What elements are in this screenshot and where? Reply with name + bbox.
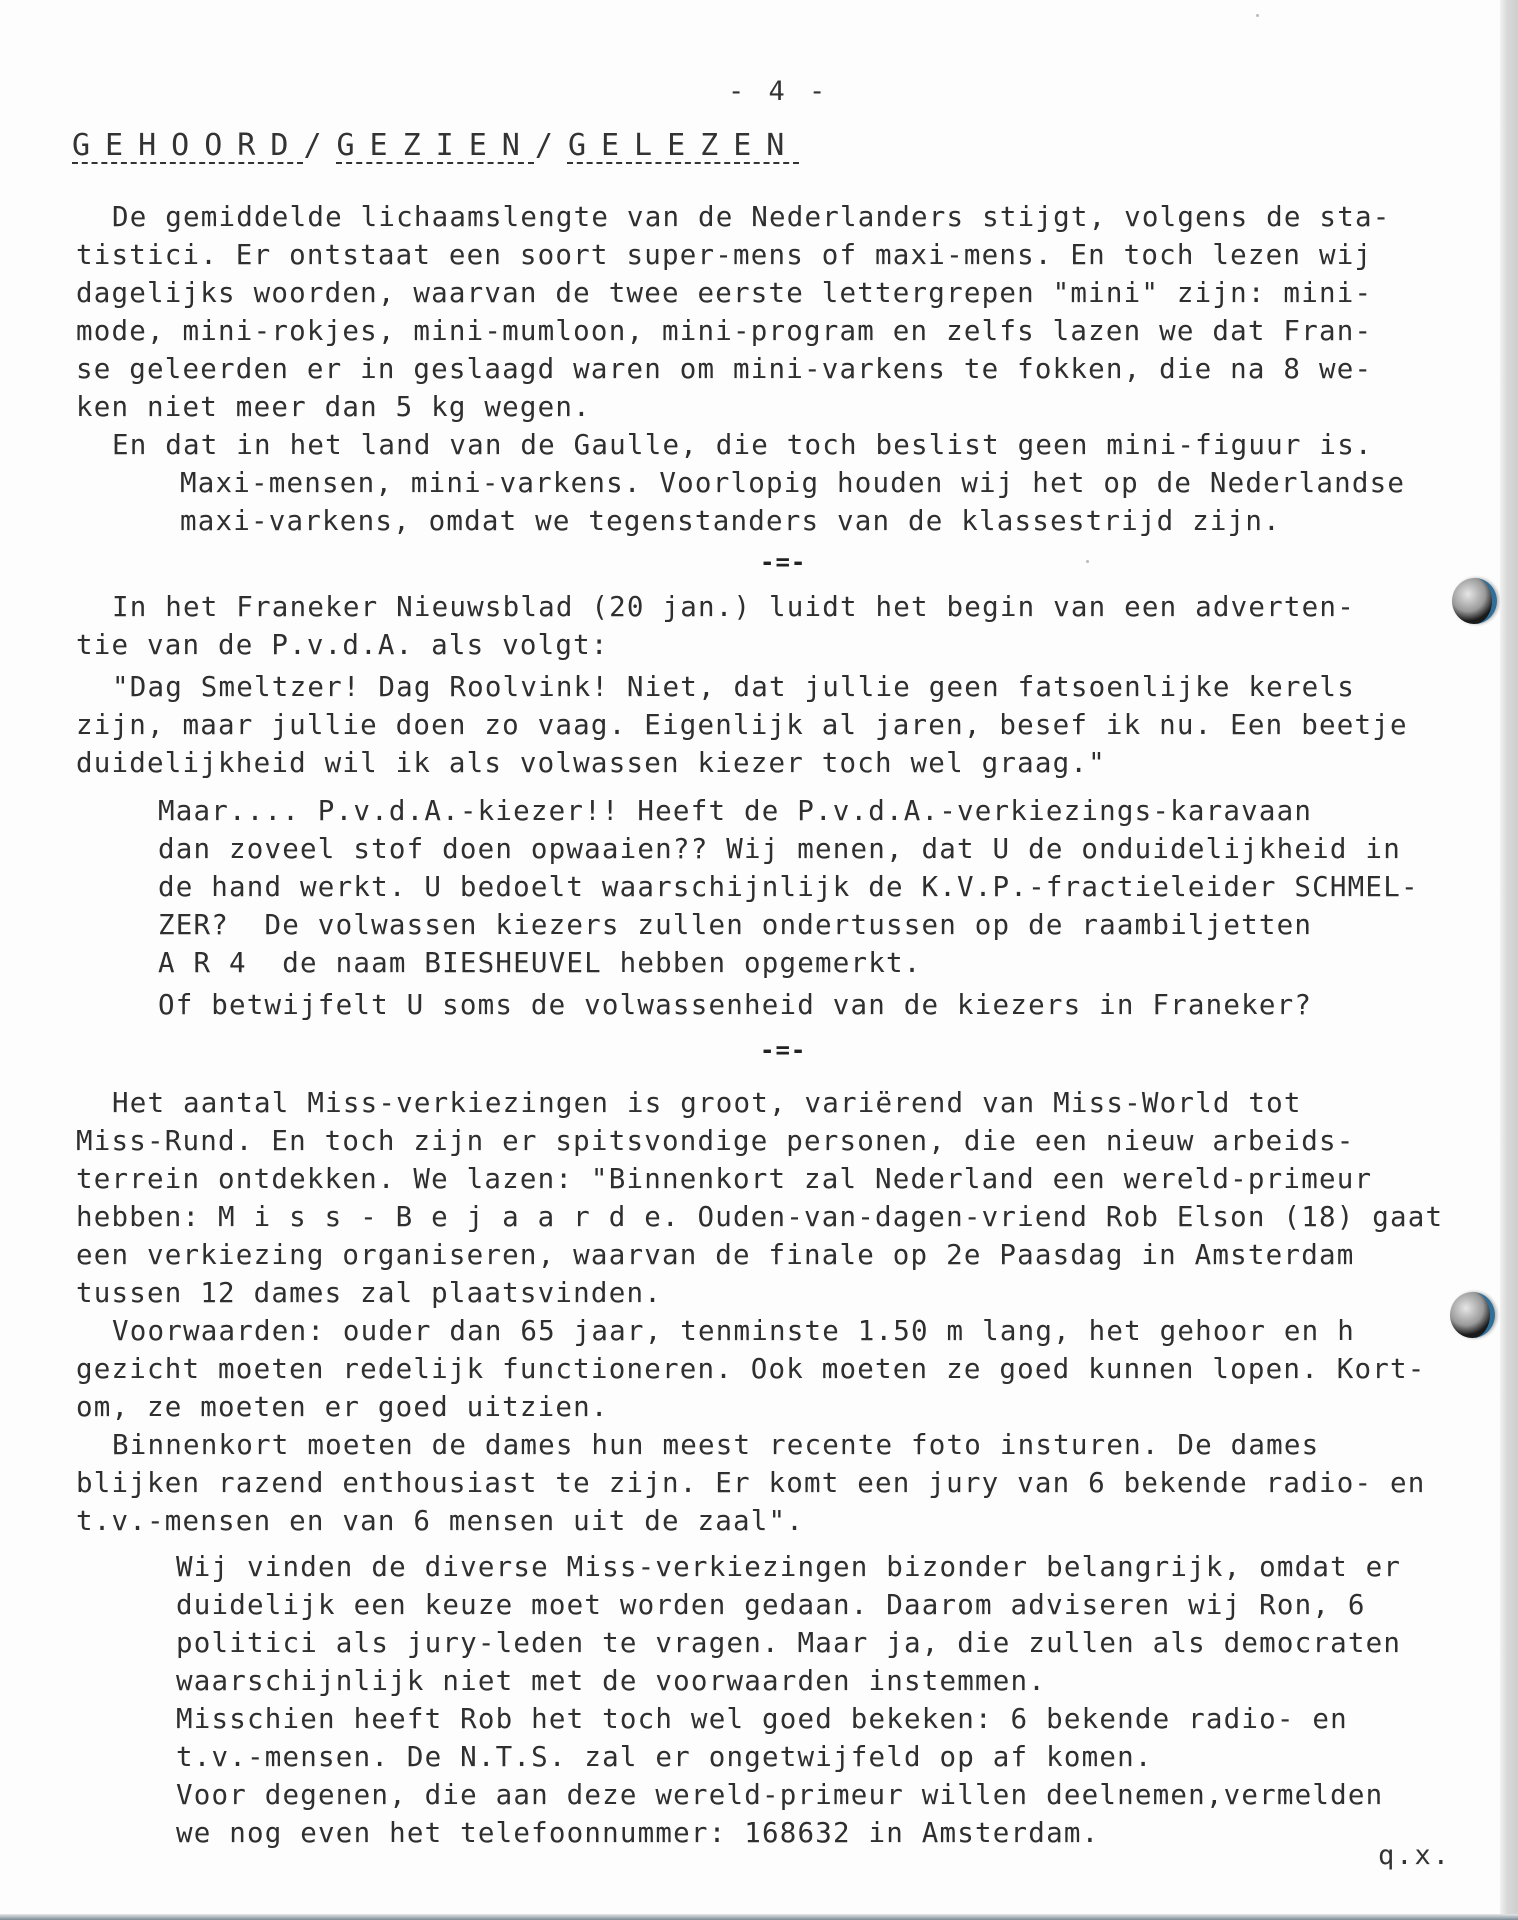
comment-line: A R 4 de naam BIESHEUVEL hebben opgemerk…	[158, 950, 922, 978]
text-line: een verkiezing organiseren, waarvan de f…	[76, 1242, 1354, 1270]
heading-gezien: GEZIEN	[337, 128, 535, 163]
text-line: blijken razend enthousiast te zijn. Er k…	[76, 1470, 1426, 1498]
punch-hole-icon	[1450, 1292, 1495, 1338]
comment-line: Voor degenen, die aan deze wereld-primeu…	[176, 1782, 1383, 1810]
text-line: dagelijks woorden, waarvan de twee eerst…	[76, 280, 1372, 308]
page-edge-bottom	[0, 1914, 1518, 1920]
punch-hole-icon	[1452, 578, 1497, 624]
author-initials: q.x.	[1378, 1840, 1451, 1871]
text-line: om, ze moeten er goed uitzien.	[76, 1394, 609, 1422]
scan-speck	[1256, 14, 1259, 17]
comment-line: duidelijk een keuze moet worden gedaan. …	[176, 1592, 1366, 1620]
text-line: Binnenkort moeten de dames hun meest rec…	[112, 1432, 1319, 1460]
scanned-page: - 4 - GEHOORD/GEZIEN/GELEZEN De gemiddel…	[0, 0, 1500, 1920]
text-line: Miss-Rund. En toch zijn er spitsvondige …	[76, 1128, 1354, 1156]
comment-line: Wij vinden de diverse Miss-verkiezingen …	[176, 1554, 1401, 1582]
text-line: tistici. Er ontstaat een soort super-men…	[76, 242, 1372, 270]
heading-gehoord: GEHOORD	[72, 128, 303, 163]
text-line: tie van de P.v.d.A. als volgt:	[76, 632, 609, 660]
text-line: se geleerden er in geslaagd waren om min…	[76, 356, 1372, 384]
text-line: maxi-varkens, omdat we tegenstanders van…	[180, 508, 1281, 536]
page-heading: GEHOORD/GEZIEN/GELEZEN	[72, 128, 799, 163]
comment-line: dan zoveel stof doen opwaaien?? Wij mene…	[158, 836, 1401, 864]
scan-speck	[1086, 560, 1089, 563]
quote-line: "Dag Smeltzer! Dag Roolvink! Niet, dat j…	[112, 674, 1355, 702]
heading-slash: /	[535, 128, 568, 163]
heading-gelezen: GELEZEN	[568, 128, 799, 163]
page-number: - 4 -	[728, 76, 829, 107]
comment-line: t.v.-mensen. De N.T.S. zal er ongetwijfe…	[176, 1744, 1153, 1772]
text-line: Voorwaarden: ouder dan 65 jaar, tenminst…	[112, 1318, 1355, 1346]
text-line: tussen 12 dames zal plaatsvinden.	[76, 1280, 662, 1308]
comment-line: we nog even het telefoonnummer: 168632 i…	[176, 1820, 1099, 1848]
comment-line: Maar.... P.v.d.A.-kiezer!! Heeft de P.v.…	[158, 798, 1312, 826]
text-line: mode, mini-rokjes, mini-mumloon, mini-pr…	[76, 318, 1372, 346]
text-line: En dat in het land van de Gaulle, die to…	[112, 432, 1373, 460]
text-line: t.v.-mensen en van 6 mensen uit de zaal"…	[76, 1508, 804, 1536]
comment-line: de hand werkt. U bedoelt waarschijnlijk …	[158, 874, 1419, 902]
comment-line: ZER? De volwassen kiezers zullen ondertu…	[158, 912, 1312, 940]
text-line: hebben: M i s s - B e j a a r d e. Ouden…	[76, 1204, 1443, 1232]
comment-line: waarschijnlijk niet met de voorwaarden i…	[176, 1668, 1046, 1696]
page-edge-right	[1500, 0, 1518, 1920]
section-separator: -=-	[760, 1036, 806, 1064]
comment-line: Of betwijfelt U soms de volwassenheid va…	[158, 992, 1312, 1020]
quote-line: duidelijkheid wil ik als volwassen kieze…	[76, 750, 1106, 778]
text-line: Het aantal Miss-verkiezingen is groot, v…	[112, 1090, 1302, 1118]
quote-line: zijn, maar jullie doen zo vaag. Eigenlij…	[76, 712, 1408, 740]
heading-slash: /	[303, 128, 336, 163]
comment-line: Misschien heeft Rob het toch wel goed be…	[176, 1706, 1348, 1734]
text-line: gezicht moeten redelijk functioneren. Oo…	[76, 1356, 1426, 1384]
text-line: ken niet meer dan 5 kg wegen.	[76, 394, 591, 422]
text-line: terrein ontdekken. We lazen: "Binnenkort…	[76, 1166, 1372, 1194]
section-separator: -=-	[760, 548, 806, 576]
comment-line: politici als jury-leden te vragen. Maar …	[176, 1630, 1401, 1658]
text-line: In het Franeker Nieuwsblad (20 jan.) lui…	[112, 594, 1355, 622]
text-line: Maxi-mensen, mini-varkens. Voorlopig hou…	[180, 470, 1405, 498]
text-line: De gemiddelde lichaamslengte van de Nede…	[112, 204, 1390, 232]
